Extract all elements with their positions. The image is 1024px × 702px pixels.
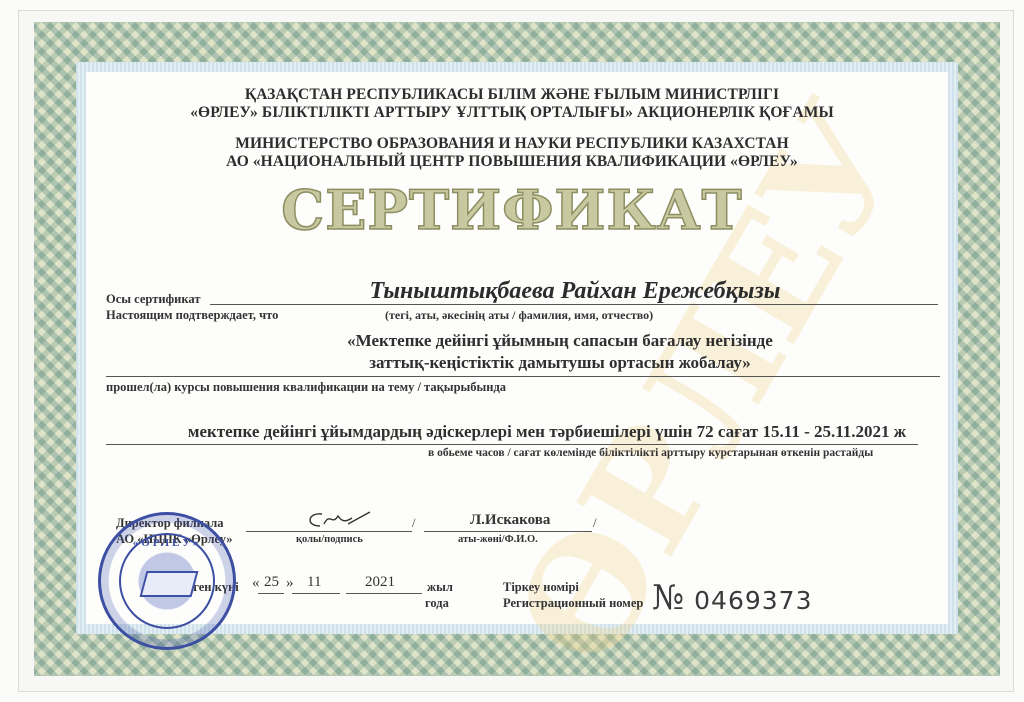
header-kz-line1: ҚАЗАҚСТАН РЕСПУБЛИКАСЫ БІЛІМ ЖӘНЕ ҒЫЛЫМ … [0,86,1024,104]
month-underline [292,593,340,594]
topic-label: прошел(ла) курсы повышения квалификации … [106,380,506,395]
slash: / [412,516,415,531]
topic-line1: «Мектепке дейінгі ұйымның сапасын бағала… [200,330,920,352]
header-ru-line1: МИНИСТЕРСТВО ОБРАЗОВАНИЯ И НАУКИ РЕСПУБЛ… [0,135,1024,153]
registration-label-kz: Тіркеу номірі [503,580,579,595]
registration-number-value: 0469373 [694,586,812,615]
audience-underline [106,444,918,445]
year-label-kz: жыл [427,580,453,595]
signature-line [246,531,412,532]
day-underline [258,593,284,594]
year-label-ru: года [425,596,449,611]
recipient-label-ru: Настоящим подтверждает, что [106,308,278,323]
open-book-icon [140,571,199,597]
hours-label: в обьеме часов / сағат көлемінде білікті… [428,447,873,459]
number-sign: № [652,578,685,618]
issue-month: 11 [307,574,321,591]
official-stamp: «ӨРЛЕУ» [98,512,236,650]
topic-underline [106,376,940,377]
signer-name-line [424,531,592,532]
quote-open: « [252,575,260,592]
signature-label: қолы/подпись [296,534,363,545]
header-ru-line2: АО «НАЦИОНАЛЬНЫЙ ЦЕНТР ПОВЫШЕНИЯ КВАЛИФИ… [0,153,1024,171]
course-topic: «Мектепке дейінгі ұйымның сапасын бағала… [200,330,920,374]
registration-label-ru: Регистрационный номер [503,596,643,611]
name-hint: (тегі, аты, әкесінің аты / фамилия, имя,… [385,308,653,323]
course-audience-hours-dates: мектепке дейінгі ұйымдардың әдіскерлері … [0,422,1024,442]
name-label: аты-жөні/Ф.И.О. [458,534,538,545]
recipient-name: Тыныштықбаева Райхан Ережебқызы [215,278,935,305]
quote-close: » [286,575,294,592]
signer-name: Л.Искакова [470,512,550,529]
header-kz-line2: «ӨРЛЕУ» БІЛІКТІЛІКТІ АРТТЫРУ ҰЛТТЫҚ ОРТА… [0,104,1024,122]
issue-year: 2021 [365,574,395,591]
signature-mark [300,508,380,532]
year-underline [346,593,422,594]
certificate-sheet: ӨРЛЕУ ҚАЗАҚСТАН РЕСПУБЛИКАСЫ БІЛІМ ЖӘНЕ … [0,0,1024,702]
stamp-text: «ӨРЛЕУ» [101,537,233,549]
issue-day: 25 [264,574,279,591]
certificate-title: СЕРТИФИКАТ [0,178,1024,242]
slash: / [593,516,596,531]
topic-line2: заттық-кеңістіктік дамытушы ортасын жоба… [200,352,920,374]
registration-number: № 0469373 [652,578,812,618]
recipient-label-kz: Осы сертификат [106,292,200,307]
